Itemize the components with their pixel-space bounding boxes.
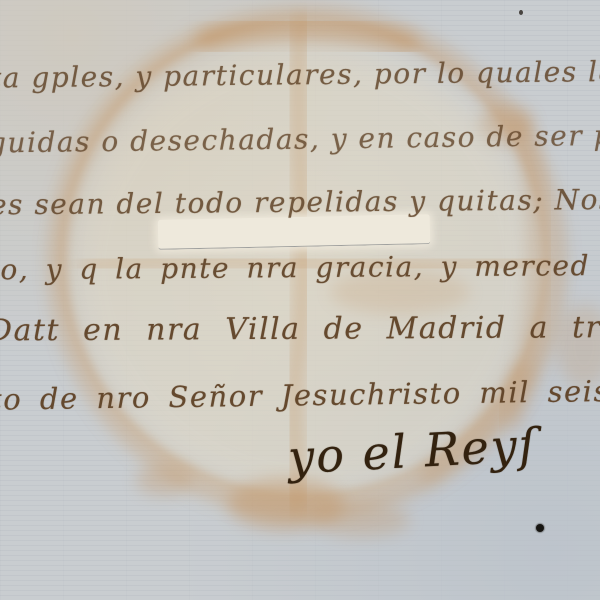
ink-speck <box>519 10 523 15</box>
ink-dot <box>536 524 544 532</box>
manuscript-line-4: lo, y q la pnte nra gracia, y merced sea… <box>0 247 600 287</box>
manuscript-line-5: Datt en nra Villa de Madrid a treynta di… <box>0 309 600 349</box>
stain-blob-bottom2 <box>314 503 410 537</box>
manuscript-photo: ta gples, y particulares, por lo quales … <box>0 0 600 600</box>
stain-blob-left <box>136 464 192 496</box>
